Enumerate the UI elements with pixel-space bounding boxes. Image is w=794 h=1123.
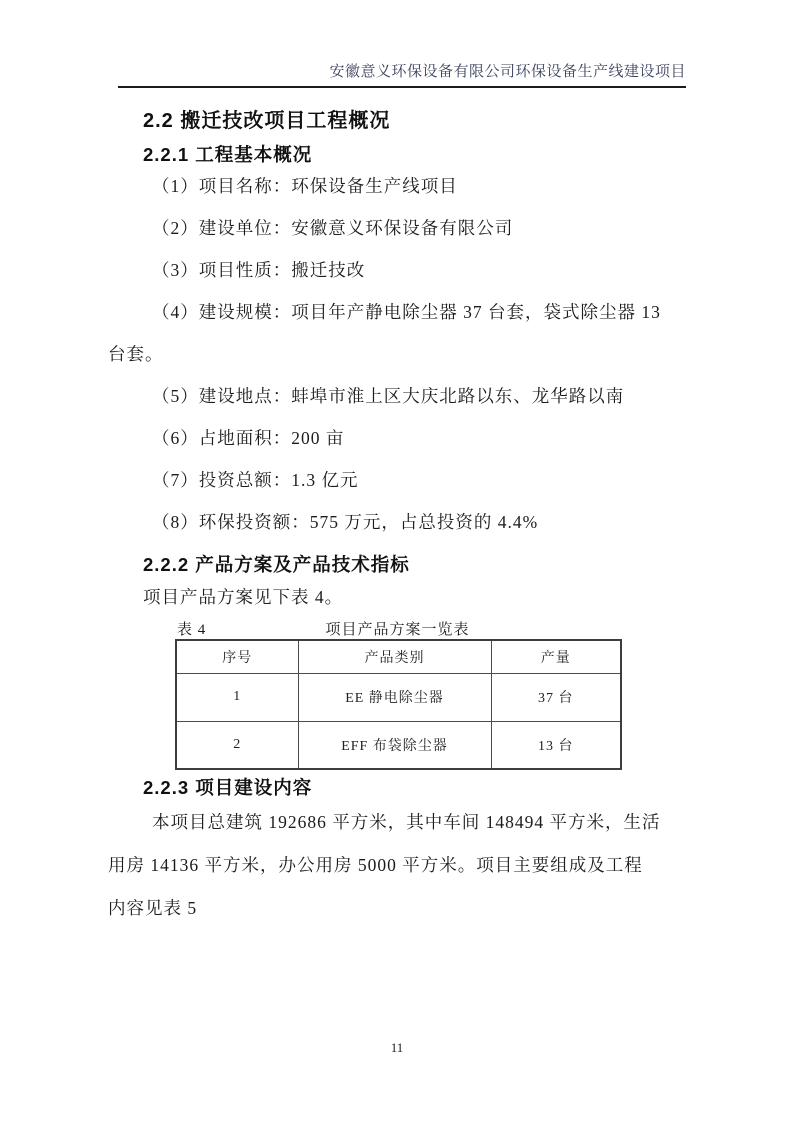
- list-item-6: （6）占地面积：200 亩: [108, 417, 694, 459]
- table-cell-category: EE 静电除尘器: [298, 673, 491, 721]
- list-item-5: （5）建设地点：蚌埠市淮上区大庆北路以东、龙华路以南: [108, 375, 694, 417]
- table-row: 1 EE 静电除尘器 37 台: [176, 673, 621, 721]
- paragraph-line-3: 内容见表 5: [108, 887, 694, 930]
- table-intro-text: 项目产品方案见下表 4。: [143, 584, 343, 609]
- construction-content-paragraph: 本项目总建筑 192686 平方米，其中车间 148494 平方米，生活 用房 …: [108, 801, 694, 930]
- table-caption-title: 项目产品方案一览表: [175, 618, 620, 639]
- table-header-output: 产量: [491, 640, 621, 673]
- table-header-row: 序号 产品类别 产量: [176, 640, 621, 673]
- table-cell-output: 13 台: [491, 721, 621, 769]
- document-page: 安徽意义环保设备有限公司环保设备生产线建设项目 2.2 搬迁技改项目工程概况 2…: [0, 0, 794, 1123]
- project-overview-list: （1）项目名称：环保设备生产线项目 （2）建设单位：安徽意义环保设备有限公司 （…: [108, 165, 694, 543]
- table-cell-serial: 1: [176, 673, 298, 721]
- paragraph-line-2: 用房 14136 平方米，办公用房 5000 平方米。项目主要组成及工程: [108, 844, 694, 887]
- list-item-2: （2）建设单位：安徽意义环保设备有限公司: [108, 207, 694, 249]
- section-heading-2-2-3: 2.2.3 项目建设内容: [143, 774, 312, 800]
- table-cell-serial: 2: [176, 721, 298, 769]
- section-heading-2-2-1: 2.2.1 工程基本概况: [143, 141, 312, 167]
- section-heading-2-2-2: 2.2.2 产品方案及产品技术指标: [143, 551, 410, 577]
- list-item-1: （1）项目名称：环保设备生产线项目: [108, 165, 694, 207]
- list-item-8: （8）环保投资额：575 万元，占总投资的 4.4%: [108, 501, 694, 543]
- paragraph-line-1: 本项目总建筑 192686 平方米，其中车间 148494 平方米，生活: [108, 801, 694, 844]
- list-item-7: （7）投资总额：1.3 亿元: [108, 459, 694, 501]
- list-item-4-line-2: 台套。: [108, 333, 694, 375]
- section-heading-2-2: 2.2 搬迁技改项目工程概况: [143, 104, 390, 133]
- list-item-3: （3）项目性质：搬迁技改: [108, 249, 694, 291]
- page-header-title: 安徽意义环保设备有限公司环保设备生产线建设项目: [118, 60, 686, 88]
- table-cell-output: 37 台: [491, 673, 621, 721]
- table-cell-category: EFF 布袋除尘器: [298, 721, 491, 769]
- table-row: 2 EFF 布袋除尘器 13 台: [176, 721, 621, 769]
- page-number: 11: [0, 1040, 794, 1056]
- table-header-category: 产品类别: [298, 640, 491, 673]
- table-header-serial: 序号: [176, 640, 298, 673]
- product-plan-table: 序号 产品类别 产量 1 EE 静电除尘器 37 台 2 EFF 布袋除尘器 1…: [175, 639, 622, 770]
- list-item-4-line-1: （4）建设规模：项目年产静电除尘器 37 台套，袋式除尘器 13: [108, 291, 694, 333]
